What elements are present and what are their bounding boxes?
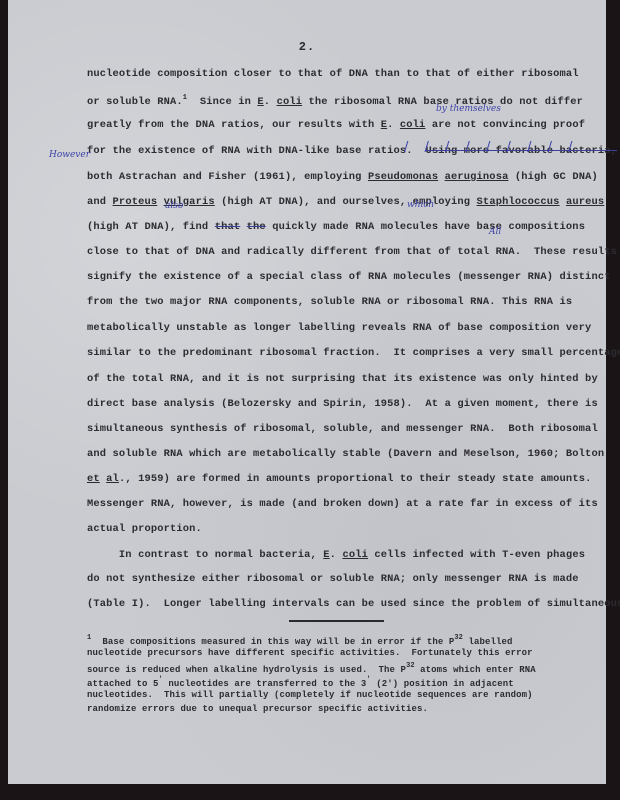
handwritten-by-themselves: by themselves: [436, 104, 501, 114]
body-line: close to that of DNA and radically diffe…: [87, 246, 617, 258]
body-line: Messenger RNA, however, is made (and bro…: [87, 498, 598, 510]
body-line: In contrast to normal bacteria, E. coli …: [87, 549, 585, 561]
footnote-line: source is reduced when alkaline hydrolys…: [87, 662, 536, 675]
body-line: metabolically unstable as longer labelli…: [87, 322, 591, 334]
body-line: similar to the predominant ribosomal fra…: [87, 347, 620, 359]
body-line: both Astrachan and Fisher (1961), employ…: [87, 171, 598, 183]
body-line: and soluble RNA which are metabolically …: [87, 448, 604, 460]
footnote-line: 1 Base compositions measured in this way…: [87, 634, 513, 647]
footnote-line: nucleotides. This will partially (comple…: [87, 690, 533, 700]
handwritten-all: All: [489, 227, 501, 237]
body-line: simultaneous synthesis of ribosomal, sol…: [87, 423, 598, 435]
body-line: or soluble RNA.1 Since in E. coli the ri…: [87, 94, 583, 108]
body-line: (Table I). Longer labelling intervals ca…: [87, 598, 620, 610]
body-line: et al., 1959) are formed in amounts prop…: [87, 473, 591, 485]
document-page: 2. nucleotide composition closer to that…: [8, 0, 606, 784]
footnote-separator: [289, 620, 384, 622]
handwritten-which: which: [407, 200, 434, 210]
footnote-line: attached to 5' nucleotides are transferr…: [87, 676, 514, 689]
handwritten-however: However: [49, 150, 90, 160]
body-line: do not synthesize either ribosomal or so…: [87, 573, 579, 585]
body-line: greatly from the DNA ratios, our results…: [87, 119, 585, 131]
footnote-line: randomize errors due to unequal precurso…: [87, 704, 428, 714]
handwritten-also: also: [165, 201, 183, 211]
footnote-line: nucleotide precursors have different spe…: [87, 648, 533, 658]
body-line: of the total RNA, and it is not surprisi…: [87, 373, 598, 385]
page-number: 2.: [8, 40, 606, 54]
body-line: (high AT DNA), find that the quickly mad…: [87, 221, 585, 233]
body-line: nucleotide composition closer to that of…: [87, 68, 579, 80]
body-line: actual proportion.: [87, 523, 202, 535]
body-line: from the two major RNA components, solub…: [87, 296, 572, 308]
strike-slashes: / / / / / / / / /: [404, 140, 578, 155]
body-line: signify the existence of a special class…: [87, 271, 611, 283]
body-line: direct base analysis (Belozersky and Spi…: [87, 398, 598, 410]
